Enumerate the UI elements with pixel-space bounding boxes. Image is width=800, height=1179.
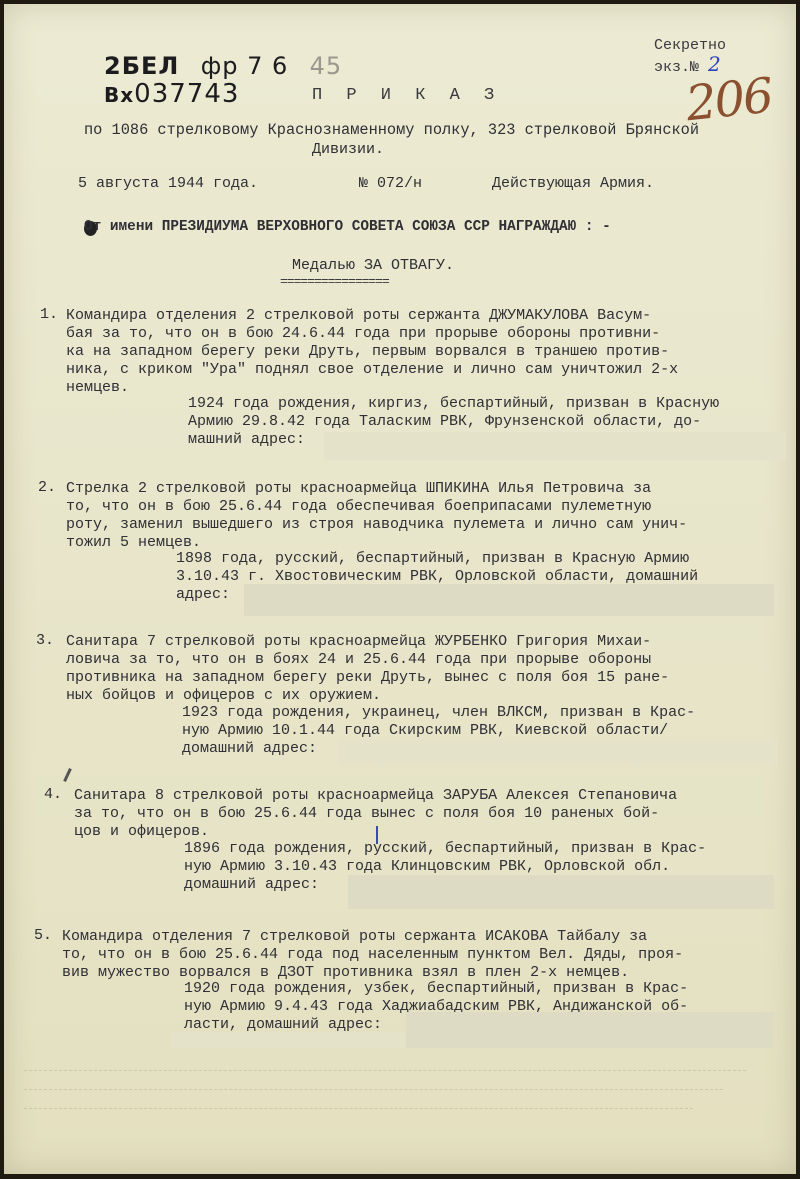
copy-text: экз.№ [654,59,699,76]
redacted-address [348,875,774,909]
archive-faint-number: 45 [310,52,343,80]
entry-bio: 1923 года рождения, украинец, член ВЛКСМ… [182,703,695,722]
archive-code: 2БЕЛ [104,52,179,80]
entry-line: Санитара 7 стрелковой роты красноармейца… [66,632,651,651]
entry-bio: 1920 года рождения, узбек, беспартийный,… [184,979,688,998]
entry-number: 5. [34,927,52,944]
header-division: Дивизии. [312,140,384,159]
entry-bio: ную Армию 10.1.44 года Скирским РВК, Кие… [182,721,668,740]
redacted-address [170,1032,406,1048]
entry-number: 2. [38,479,56,496]
bleed-through-text [24,1064,784,1124]
document-title: П Р И К А З [312,86,501,105]
archive-stamp: 2БЕЛ фр 7 6 45 [104,52,342,80]
incoming-number: 037743 [134,79,239,109]
order-date: 5 августа 1944 года. [78,174,258,193]
entry-line: то, что он в бою 25.6.44 года под населе… [62,945,683,964]
archive-fund: фр 7 6 [201,52,289,80]
entry-number: 1. [40,306,58,323]
entry-bio: адрес: [176,585,230,604]
entry-line: противника на западном берегу реки Друть… [66,668,669,687]
redacted-address [324,432,786,460]
entry-bio: ную Армию 3.10.43 года Клинцовским РВК, … [184,857,670,876]
entry-line: то, что он в бою 25.6.44 года обеспечива… [66,497,651,516]
redacted-address [406,1012,774,1048]
entry-line: роту, заменил вышедшего из строя наводчи… [66,515,687,534]
header-unit: по 1086 стрелковому Краснознаменному пол… [84,121,699,140]
entry-bio: 1898 года, русский, беспартийный, призва… [176,549,689,568]
entry-bio: 1924 года рождения, киргиз, беспартийный… [188,394,719,413]
preamble: От имени ПРЕЗИДИУМА ВЕРХОВНОГО СОВЕТА СО… [84,218,611,237]
entry-line: немцев. [66,378,129,397]
entry-number: 3. [36,632,54,649]
entry-line: Командира отделения 2 стрелковой роты се… [66,306,651,325]
document-page: 2БЕЛ фр 7 6 45 Вх037743 Секретно экз.№ 2… [4,4,796,1174]
entry-bio: машний адрес: [188,430,305,449]
entry-line: бая за то, что он в бою 24.6.44 года при… [66,324,660,343]
pen-mark [63,768,72,782]
entry-bio: Армию 29.8.42 года Таласким РВК, Фрунзен… [188,412,701,431]
award-underline: ================ [280,272,389,291]
entry-line: ловича за то, что он в боях 24 и 25.6.44… [66,650,651,669]
entry-line: Командира отделения 7 стрелковой роты се… [62,927,647,946]
entry-bio: домашний адрес: [182,739,317,758]
entry-number: 4. [44,786,62,803]
order-number: № 072/н [359,174,422,193]
order-location: Действующая Армия. [492,174,654,193]
entry-line: ника, с криком "Ура" поднял свое отделен… [66,360,678,379]
entry-bio: домашний адрес: [184,875,319,894]
incoming-stamp: Вх037743 [104,80,239,109]
incoming-prefix: Вх [104,83,134,107]
entry-bio: 1896 года рождения, русский, беспартийны… [184,839,706,858]
redacted-address [244,584,774,616]
redacted-address [338,739,778,765]
entry-line: Стрелка 2 стрелковой роты красноармейца … [66,479,651,498]
entry-line: ка на западном берегу реки Друть, первым… [66,342,669,361]
entry-line: Санитара 8 стрелковой роты красноармейца… [74,786,677,805]
entry-line: за то, что он в бою 25.6.44 года вынес с… [74,804,659,823]
